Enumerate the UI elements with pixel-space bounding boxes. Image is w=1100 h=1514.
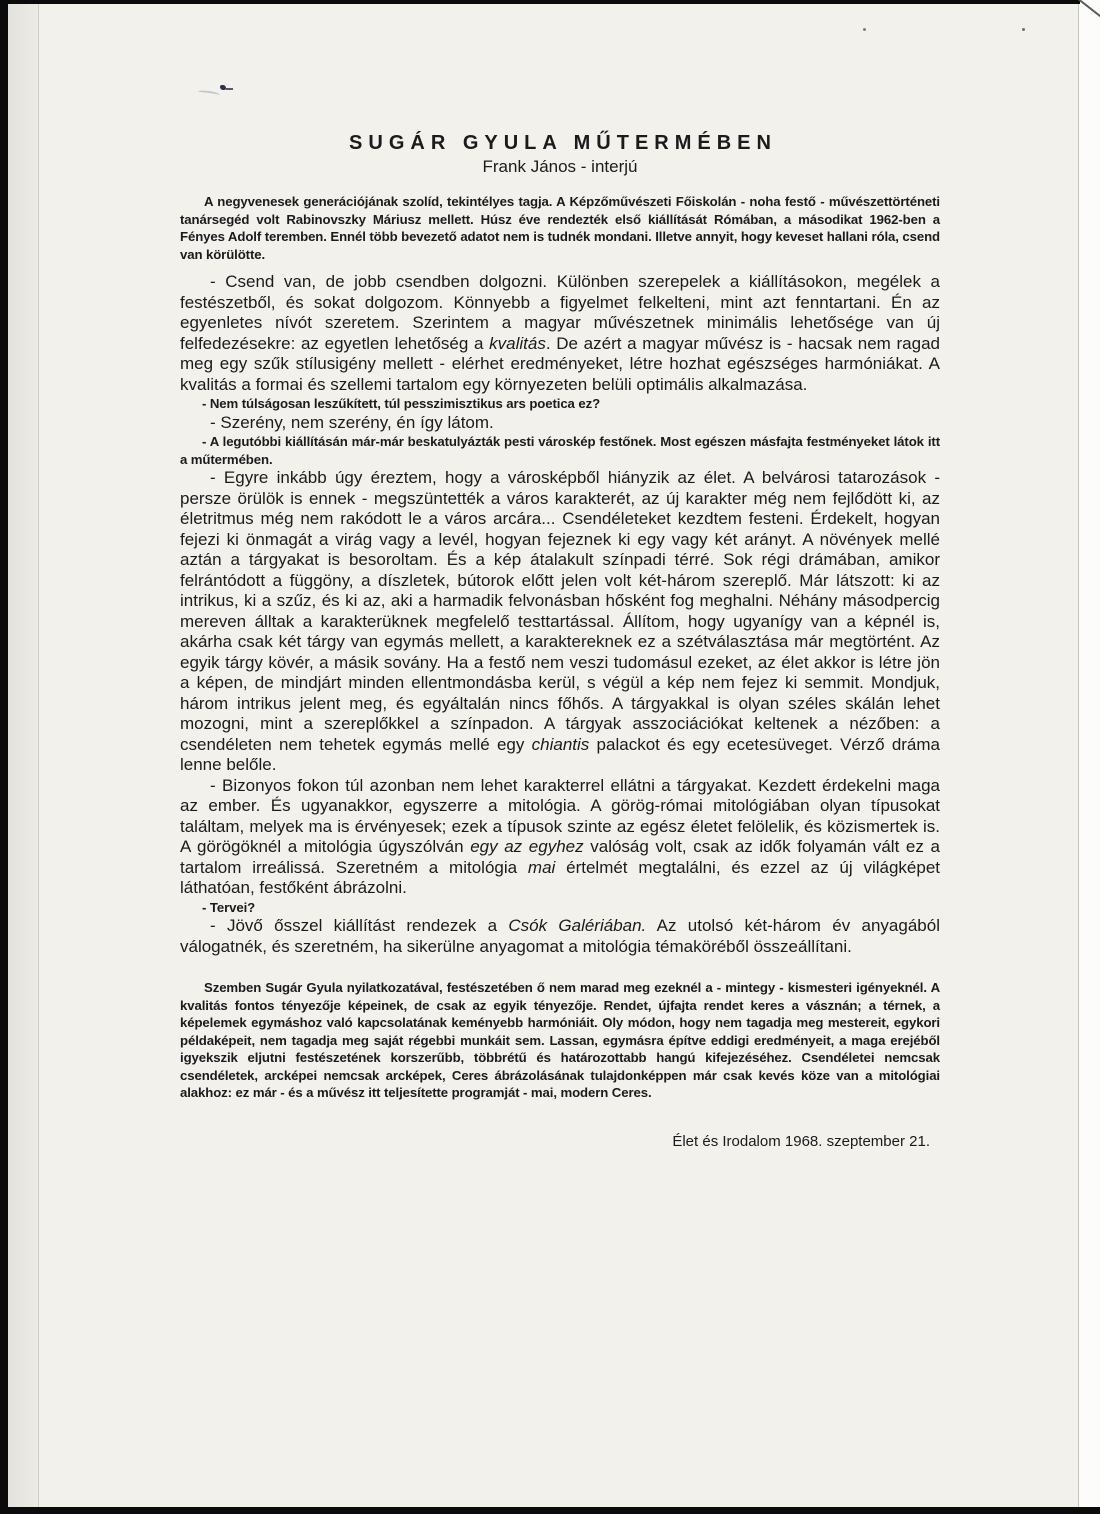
text-segment: - Szerény, nem szerény, én így látom. bbox=[210, 413, 494, 432]
scanned-page: SUGÁR GYULA MŰTERMÉBEN Frank János - int… bbox=[0, 0, 1100, 1514]
text-segment: - Jövő ősszel kiállítást rendezek a bbox=[210, 916, 508, 935]
paragraph-question: - A legutóbbi kiállításán már-már beskat… bbox=[180, 433, 940, 468]
text-segment: - Egyre inkább úgy éreztem, hogy a város… bbox=[180, 468, 940, 754]
text-segment: - Tervei? bbox=[202, 900, 255, 915]
page-right-edge bbox=[1078, 0, 1100, 1507]
text-segment: - A legutóbbi kiállításán már-már beskat… bbox=[180, 434, 940, 467]
source-citation: Élet és Irodalom 1968. szeptember 21. bbox=[180, 1132, 930, 1152]
ink-smudge-mark bbox=[198, 82, 232, 100]
ink-smudge-trail bbox=[198, 89, 220, 97]
scan-frame-bottom bbox=[0, 1507, 1100, 1514]
paragraph-intro: A negyvenesek generációjának szolíd, tek… bbox=[180, 193, 940, 263]
italic-text: mai bbox=[528, 858, 555, 877]
italic-text: Csók Galériában. bbox=[508, 916, 646, 935]
text-segment: - Nem túlságosan leszűkített, túl pesszi… bbox=[202, 396, 600, 411]
italic-text: chiantis bbox=[532, 735, 590, 754]
paragraph-answer: - Bizonyos fokon túl azonban nem lehet k… bbox=[180, 776, 940, 899]
text-segment: Szemben Sugár Gyula nyilatkozatával, fes… bbox=[180, 980, 940, 1100]
paragraph-answer: - Jövő ősszel kiállítást rendezek a Csók… bbox=[180, 916, 940, 957]
page-binding-edge bbox=[8, 2, 39, 1509]
ink-dash bbox=[226, 88, 233, 90]
scan-frame-left bbox=[0, 0, 8, 1514]
paper-speck bbox=[1022, 28, 1025, 31]
paragraph-question: - Tervei? bbox=[180, 899, 940, 917]
italic-text: kvalitás bbox=[489, 334, 546, 353]
document-content: SUGÁR GYULA MŰTERMÉBEN Frank János - int… bbox=[180, 0, 940, 1152]
paragraph-answer: - Szerény, nem szerény, én így látom. bbox=[180, 413, 940, 434]
page-title: SUGÁR GYULA MŰTERMÉBEN bbox=[180, 131, 940, 155]
paper-speck bbox=[863, 28, 866, 31]
scan-frame-top bbox=[0, 0, 1080, 4]
paragraph-answer: - Egyre inkább úgy éreztem, hogy a város… bbox=[180, 468, 940, 776]
paragraph-answer: - Csend van, de jobb csendben dolgozni. … bbox=[180, 272, 940, 395]
paragraph-question: - Nem túlságosan leszűkített, túl pesszi… bbox=[180, 395, 940, 413]
page-subtitle: Frank János - interjú bbox=[180, 155, 940, 179]
article-body: A negyvenesek generációjának szolíd, tek… bbox=[180, 193, 940, 1102]
text-segment: A negyvenesek generációjának szolíd, tek… bbox=[180, 194, 940, 262]
paragraph-closing: Szemben Sugár Gyula nyilatkozatával, fes… bbox=[180, 979, 940, 1102]
italic-text: egy az egyhez bbox=[470, 837, 583, 856]
